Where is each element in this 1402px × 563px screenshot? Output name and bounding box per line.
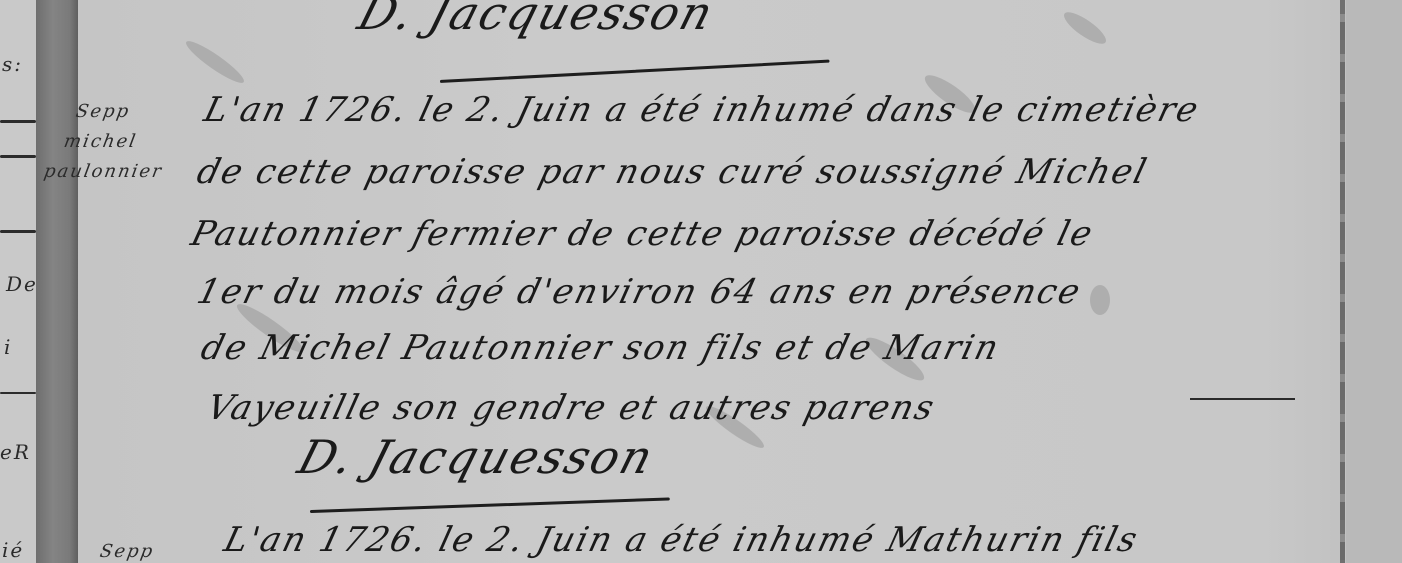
ink-stain [1090, 285, 1110, 315]
entry-line-3: Pautonnier fermier de cette paroisse déc… [187, 214, 1098, 254]
signature-underline [440, 60, 830, 83]
entry-line-1: L'an 1726. le 2. Juin a été inhumé dans … [200, 90, 1204, 130]
page-edge [1340, 0, 1345, 563]
left-page-fragment: eR [0, 440, 31, 464]
left-page-stroke [0, 155, 36, 158]
left-page-stroke [0, 392, 36, 394]
next-margin-note: Sepp [98, 540, 156, 563]
entry-line-5: de Michel Pautonnier son fils et de Mari… [197, 328, 1004, 368]
left-page-fragment: i [4, 335, 12, 359]
previous-entry-signature: D. Jacquesson [352, 0, 720, 40]
register-page: s: De i eR ié D. Jacquesson Sepp michel … [0, 0, 1402, 563]
right-page-margin [1346, 0, 1402, 563]
left-page-stroke [0, 120, 36, 123]
entry-line-4: 1er du mois âgé d'environ 64 ans en prés… [193, 272, 1086, 312]
binding-gutter [36, 0, 78, 563]
left-page-fragment: ié [2, 538, 24, 562]
left-page-fragment: De [6, 272, 38, 296]
entry-line-2: de cette paroisse par nous curé soussign… [193, 152, 1152, 192]
closing-dash [1190, 398, 1295, 400]
margin-note-surname: paulonnier [42, 160, 165, 184]
ink-stain [182, 36, 247, 88]
entry-line-6: Vayeuille son gendre et autres parens [203, 388, 940, 428]
ink-stain [1060, 7, 1110, 49]
next-entry-first-line: L'an 1726. le 2. Juin a été inhumé Mathu… [220, 520, 1143, 560]
signature-underline [310, 497, 670, 513]
margin-note-line: Sepp [74, 100, 132, 124]
margin-note-name: michel [62, 130, 139, 154]
left-page-fragment: s: [2, 52, 23, 76]
left-page-stroke [0, 230, 36, 233]
entry-signature: D. Jacquesson [292, 430, 660, 484]
